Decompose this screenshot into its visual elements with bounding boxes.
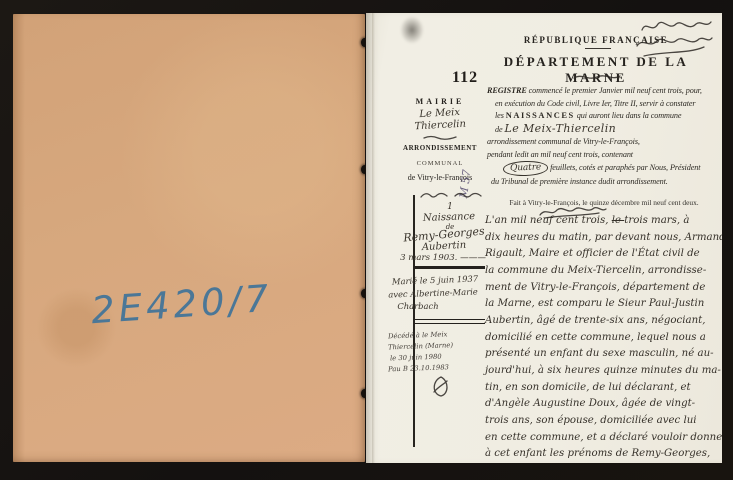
struck-text: le bbox=[612, 215, 625, 226]
cover-page: 2E420/7 bbox=[13, 14, 365, 462]
registre-line: arrondissement communal de Vitry-le-Fran… bbox=[487, 136, 721, 149]
communal-label: COMMUNAL bbox=[394, 160, 486, 167]
registre-text: qui auront lieu dans la commune bbox=[575, 111, 682, 120]
registre-paragraph: REGISTRE commencé le premier Janvier mil… bbox=[487, 85, 721, 188]
commune-handwritten-inline: Le Meix-Thiercelin bbox=[504, 122, 616, 135]
margin-divider bbox=[414, 266, 485, 269]
marriage-note-line: avec Albertine-Marie bbox=[380, 286, 486, 300]
act-line: présenté un enfant du sexe masculin, né … bbox=[485, 346, 722, 363]
arrondissement-label: ARRONDISSEMENT bbox=[384, 144, 496, 152]
mairie-label: MAIRIE bbox=[394, 97, 486, 106]
registre-text: arrondissement communal de Vitry-le-Fran… bbox=[487, 137, 640, 146]
paraph-icon bbox=[428, 375, 454, 399]
marriage-note-line: Charbach bbox=[382, 301, 454, 311]
page-stain bbox=[400, 16, 424, 44]
registre-line: Quatre feuillets, cotés et paraphés par … bbox=[487, 161, 721, 176]
registre-line: en exécution du Code civil, Livre Ier, T… bbox=[487, 98, 721, 111]
flourish-icon bbox=[572, 72, 622, 82]
arrondissement-commune: de Vitry-le-François bbox=[384, 173, 496, 182]
header-rule bbox=[585, 48, 611, 49]
commune-name-handwritten: Le Meix Thiercelin bbox=[385, 105, 494, 135]
death-note-line: le 30 juin 1980 bbox=[390, 352, 470, 363]
cover-fold bbox=[13, 14, 25, 462]
registre-text: commencé le premier Janvier mil neuf cen… bbox=[527, 86, 702, 95]
marriage-note-line: Marié le 5 juin 1937 bbox=[382, 273, 488, 287]
act-line: en cette commune, et a déclaré vouloir d… bbox=[485, 430, 722, 447]
birth-date: 3 mars 1903. ——— bbox=[396, 253, 490, 263]
registre-text: les bbox=[495, 111, 506, 120]
act-text-segment: trois mars, à bbox=[624, 215, 689, 226]
republique-title: RÉPUBLIQUE FRANÇAISE bbox=[506, 35, 686, 45]
act-line: Rigault, Maire et officier de l'État civ… bbox=[485, 246, 722, 263]
act-line: tin, en son domicile, de lui déclarant, … bbox=[485, 380, 722, 397]
death-note-line: Décédé à le Meix bbox=[388, 330, 468, 341]
document-page: RÉPUBLIQUE FRANÇAISE DÉPARTEMENT DE LA M… bbox=[366, 13, 722, 463]
death-note-line: Thiercelin (Marne) bbox=[388, 341, 468, 352]
act-text: L'an mil neuf cent trois, le trois mars,… bbox=[485, 213, 722, 463]
act-line: ment de Vitry-le-François, département d… bbox=[485, 280, 722, 297]
page-crease bbox=[372, 13, 375, 463]
archive-reference: 2E420/7 bbox=[90, 275, 302, 333]
act-line: jourd'hui, à six heures quinze minutes d… bbox=[485, 363, 722, 380]
registre-line: REGISTRE commencé le premier Janvier mil… bbox=[487, 85, 721, 98]
act-line: à cet enfant les prénoms de Remy-Georges… bbox=[485, 446, 722, 463]
registre-text: feuillets, cotés et paraphés par Nous, P… bbox=[548, 163, 700, 172]
act-line: Aubertin, âgé de trente-six ans, négocia… bbox=[485, 313, 722, 330]
act-line: la commune du Meix-Tiercelin, arrondisse… bbox=[485, 263, 722, 280]
act-line: trois ans, son épouse, domiciliée avec l… bbox=[485, 413, 722, 430]
interline-correction-icon bbox=[537, 204, 609, 220]
registre-line: du Tribunal de première instance dudit a… bbox=[487, 176, 721, 189]
death-note-line: Pau B 23.10.1983 bbox=[388, 363, 468, 374]
flourish-icon bbox=[422, 134, 458, 140]
registre-number: 112 bbox=[452, 69, 478, 87]
naissances-word: NAISSANCES bbox=[506, 111, 575, 120]
act-line: L'an mil neuf cent trois, le trois mars,… bbox=[485, 213, 722, 230]
registre-line: de Le Meix-Thiercelin bbox=[487, 123, 721, 137]
scan-background: 2E420/7 RÉPUBLIQUE FRANÇAISE DÉPARTEMENT… bbox=[0, 0, 733, 480]
registre-text: pendant ledit an mil neuf cent trois, co… bbox=[487, 150, 633, 159]
margin-divider bbox=[414, 319, 485, 324]
act-line: la Marne, est comparu le Sieur Paul-Just… bbox=[485, 296, 722, 313]
act-line: dix heures du matin, par devant nous, Ar… bbox=[485, 230, 722, 247]
quatre-circled: Quatre bbox=[503, 160, 549, 176]
registre-word: REGISTRE bbox=[487, 86, 527, 95]
registre-text: du Tribunal de première instance dudit a… bbox=[491, 177, 668, 186]
registre-text: en exécution du Code civil, Livre Ier, T… bbox=[495, 99, 696, 108]
act-line: domicilié en cette commune, lequel nous … bbox=[485, 330, 722, 347]
margin-flourish-icon bbox=[419, 190, 485, 200]
registre-line: pendant ledit an mil neuf cent trois, co… bbox=[487, 149, 721, 162]
act-line: d'Angèle Augustine Doux, âgée de vingt- bbox=[485, 396, 722, 413]
